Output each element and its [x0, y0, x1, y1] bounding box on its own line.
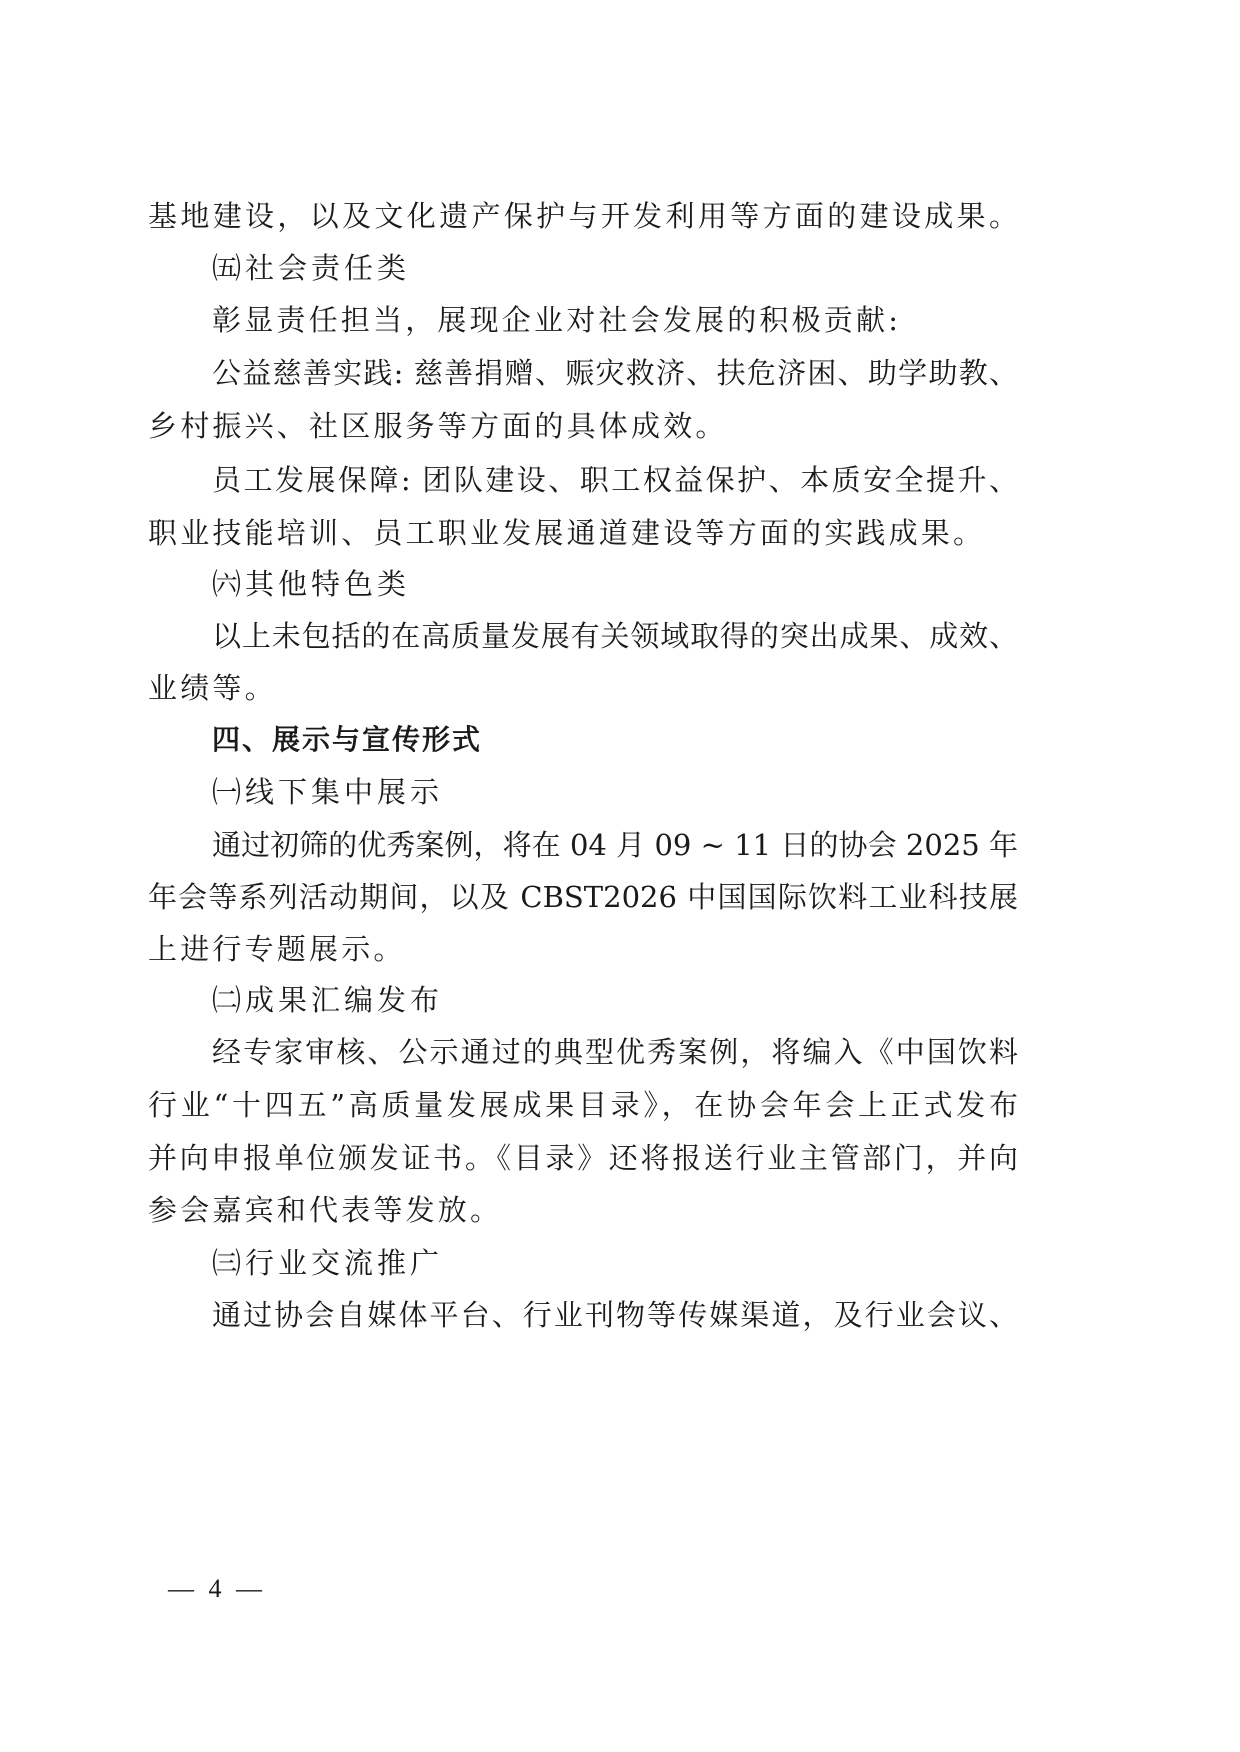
paragraph-line: 经专家审核、公示通过的典型优秀案例，将编入《中国饮料 — [212, 1032, 1018, 1072]
page-number: — 4 — — [168, 1574, 266, 1604]
paragraph-line: 业绩等。 — [148, 668, 1018, 708]
subheading-offline-display: ㈠线下集中展示 — [212, 772, 1018, 812]
subheading-social-responsibility: ㈤社会责任类 — [212, 248, 1018, 288]
subheading-compilation: ㈡成果汇编发布 — [212, 980, 1018, 1020]
paragraph-line: 以上未包括的在高质量发展有关领域取得的突出成果、成效、 — [212, 616, 1018, 656]
paragraph-line: 行业“十四五”高质量发展成果目录》，在协会年会上正式发布 — [148, 1085, 1018, 1125]
paragraph-line: 通过初筛的优秀案例，将在 04 月 09 ~ 11 日的协会 2025 年 — [212, 825, 1018, 865]
paragraph-line: 彰显责任担当，展现企业对社会发展的积极贡献: — [212, 300, 1018, 340]
paragraph-line: 通过协会自媒体平台、行业刊物等传媒渠道，及行业会议、 — [212, 1295, 1018, 1335]
paragraph-line: 职业技能培训、员工职业发展通道建设等方面的实践成果。 — [148, 513, 1018, 553]
paragraph-line: 基地建设，以及文化遗产保护与开发利用等方面的建设成果。 — [148, 196, 1018, 236]
subheading-promotion: ㈢行业交流推广 — [212, 1243, 1018, 1283]
paragraph-line: 年会等系列活动期间，以及 CBST2026 中国国际饮料工业科技展 — [148, 877, 1018, 917]
paragraph-line: 员工发展保障: 团队建设、职工权益保护、本质安全提升、 — [212, 460, 1018, 500]
paragraph-line: 乡村振兴、社区服务等方面的具体成效。 — [148, 406, 1018, 446]
paragraph-line: 参会嘉宾和代表等发放。 — [148, 1190, 1018, 1230]
subheading-other: ㈥其他特色类 — [212, 564, 1018, 604]
section-heading-display: 四、展示与宣传形式 — [212, 720, 1018, 760]
paragraph-line: 并向申报单位颁发证书。《目录》还将报送行业主管部门，并向 — [148, 1138, 1018, 1178]
paragraph-line: 公益慈善实践: 慈善捐赠、赈灾救济、扶危济困、助学助教、 — [212, 353, 1018, 393]
document-page: 基地建设，以及文化遗产保护与开发利用等方面的建设成果。 ㈤社会责任类 彰显责任担… — [0, 0, 1240, 1752]
paragraph-line: 上进行专题展示。 — [148, 929, 1018, 969]
